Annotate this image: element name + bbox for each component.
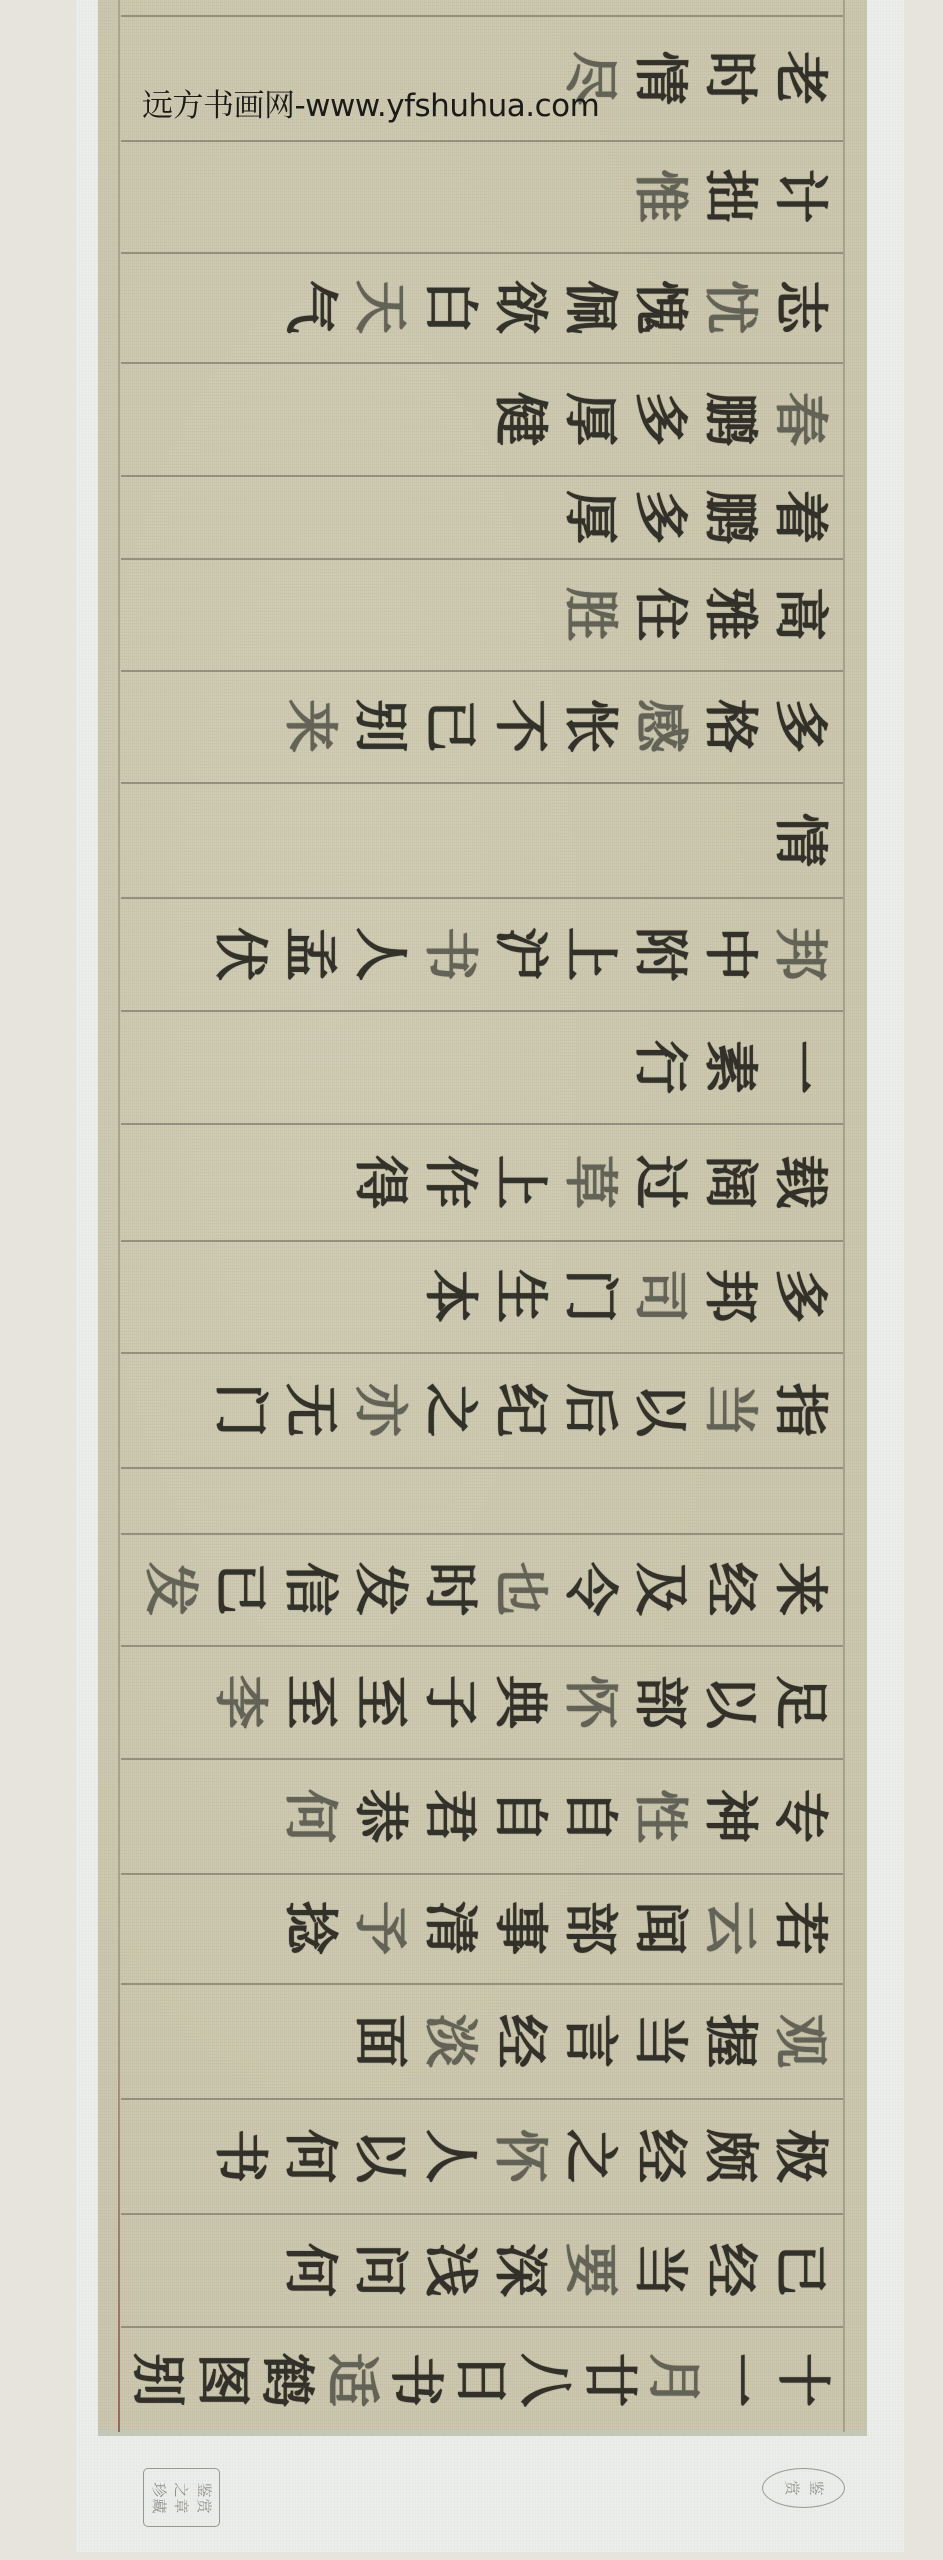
watermark-text: 远方书画网-www.yfshuhua.com bbox=[142, 80, 599, 125]
calligraphy-column: 情 bbox=[122, 782, 842, 897]
calligraphy-character: 拙 bbox=[701, 165, 761, 227]
calligraphy-character: 当 bbox=[631, 2239, 691, 2301]
calligraphy-character: 住 bbox=[631, 583, 691, 645]
calligraphy-column: 已经当要深浅问何 bbox=[122, 2213, 842, 2326]
calligraphy-character: 厚 bbox=[561, 388, 621, 450]
seal-character: 赏 bbox=[196, 2496, 212, 2516]
calligraphy-character: 面 bbox=[351, 2010, 411, 2072]
right-border-line bbox=[843, 0, 845, 2432]
calligraphy-character: 人 bbox=[351, 923, 411, 985]
calligraphy-character: 志 bbox=[771, 276, 831, 338]
calligraphy-character: 感 bbox=[631, 695, 691, 757]
calligraphy-character: 当 bbox=[631, 2010, 691, 2072]
calligraphy-character: 言 bbox=[561, 2010, 621, 2072]
calligraphy-column: 载阔过草上作得 bbox=[122, 1123, 842, 1240]
calligraphy-character: 格 bbox=[701, 695, 761, 757]
calligraphy-character: 云 bbox=[701, 1897, 761, 1959]
calligraphy-character: 高 bbox=[771, 583, 831, 645]
calligraphy-character: 别 bbox=[128, 2352, 188, 2409]
calligraphy-character: 一 bbox=[709, 2352, 769, 2409]
calligraphy-column: 观握当言经淡面 bbox=[122, 1983, 842, 2098]
calligraphy-character: 惟 bbox=[631, 165, 691, 227]
calligraphy-character: 上 bbox=[491, 1151, 551, 1213]
calligraphy-column: 邦中附上沪书人孟伏 bbox=[122, 897, 842, 1010]
seal-character: 章 bbox=[173, 2496, 189, 2516]
calligraphy-character: 十 bbox=[774, 2352, 834, 2409]
calligraphy-character: 春 bbox=[771, 388, 831, 450]
calligraphy-character: 事 bbox=[491, 1897, 551, 1959]
calligraphy-character: 愧 bbox=[631, 276, 691, 338]
calligraphy-character: 经 bbox=[631, 2125, 691, 2187]
calligraphy-character: 至 bbox=[351, 1671, 411, 1733]
calligraphy-character: 之 bbox=[421, 1379, 481, 1441]
calligraphy-character: 令 bbox=[561, 1558, 621, 1620]
calligraphy-column: 多邦司门生本 bbox=[122, 1240, 842, 1352]
calligraphy-character: 着 bbox=[771, 486, 831, 548]
calligraphy-column: 足以部怀典子至至李 bbox=[122, 1645, 842, 1758]
seal-column: 鉴赏 bbox=[194, 2482, 214, 2514]
calligraphy-character: 部 bbox=[631, 1671, 691, 1733]
calligraphy-character: 适 bbox=[322, 2352, 382, 2409]
calligraphy-character: 情 bbox=[771, 809, 831, 871]
calligraphy-character: 本 bbox=[421, 1265, 481, 1327]
calligraphy-character: 自 bbox=[561, 1785, 621, 1847]
calligraphy-character: 不 bbox=[491, 695, 551, 757]
calligraphy-character: 得 bbox=[351, 1151, 411, 1213]
calligraphy-character: 闻 bbox=[631, 1897, 691, 1959]
oval-seal-stamp: 鉴赏 bbox=[762, 2468, 845, 2508]
calligraphy-character: 载 bbox=[771, 1151, 831, 1213]
calligraphy-character: 天 bbox=[351, 276, 411, 338]
calligraphy-character: 要 bbox=[561, 2239, 621, 2301]
calligraphy-character: 捻 bbox=[281, 1897, 341, 1959]
calligraphy-character: 白 bbox=[421, 276, 481, 338]
calligraphy-character: 怀 bbox=[491, 2125, 551, 2187]
calligraphy-character: 子 bbox=[421, 1671, 481, 1733]
calligraphy-character: 以 bbox=[701, 1671, 761, 1733]
calligraphy-character: 颇 bbox=[701, 2125, 761, 2187]
calligraphy-character: 极 bbox=[771, 2125, 831, 2187]
calligraphy-character: 清 bbox=[421, 1897, 481, 1959]
calligraphy-character: 邦 bbox=[701, 1265, 761, 1327]
calligraphy-character: 书 bbox=[211, 2125, 271, 2187]
calligraphy-character: 雅 bbox=[701, 583, 761, 645]
calligraphy-character: 素 bbox=[701, 1036, 761, 1098]
calligraphy-character: 附 bbox=[631, 923, 691, 985]
calligraphy-character: 时 bbox=[701, 47, 761, 109]
calligraphy-character: 门 bbox=[211, 1379, 271, 1441]
calligraphy-character: 欲 bbox=[491, 276, 551, 338]
calligraphy-character: 已 bbox=[771, 2239, 831, 2301]
calligraphy-character: 厚 bbox=[561, 486, 621, 548]
calligraphy-character: 性 bbox=[631, 1785, 691, 1847]
calligraphy-character: 别 bbox=[351, 695, 411, 757]
calligraphy-character: 草 bbox=[561, 1151, 621, 1213]
calligraphy-character: 浅 bbox=[421, 2239, 481, 2301]
calligraphy-column: 一素行 bbox=[122, 1010, 842, 1123]
calligraphy-character: 胜 bbox=[561, 583, 621, 645]
calligraphy-character: 纪 bbox=[491, 1379, 551, 1441]
calligraphy-column bbox=[122, 1467, 842, 1533]
calligraphy-character: 也 bbox=[491, 1558, 551, 1620]
calligraphy-character: 典 bbox=[491, 1671, 551, 1733]
calligraphy-character: 自 bbox=[491, 1785, 551, 1847]
calligraphy-character: 书 bbox=[421, 923, 481, 985]
calligraphy-character: 淡 bbox=[421, 2010, 481, 2072]
seal-column: 鉴 bbox=[806, 2480, 826, 2496]
calligraphy-character: 中 bbox=[701, 923, 761, 985]
calligraphy-character: 怅 bbox=[561, 695, 621, 757]
seal-character: 赏 bbox=[784, 2478, 800, 2498]
calligraphy-column: 十一月廿八日书适鹤图别 bbox=[122, 2326, 842, 2434]
calligraphy-character: 鹤 bbox=[257, 2352, 317, 2409]
calligraphy-character: 健 bbox=[491, 388, 551, 450]
seal-character: 藏 bbox=[151, 2496, 167, 2516]
calligraphy-character: 以 bbox=[351, 2125, 411, 2187]
calligraphy-character: 月 bbox=[645, 2352, 705, 2409]
calligraphy-character: 李 bbox=[211, 1671, 271, 1733]
calligraphy-character: 孟 bbox=[281, 923, 341, 985]
calligraphy-character: 足 bbox=[771, 1671, 831, 1733]
calligraphy-character: 作 bbox=[421, 1151, 481, 1213]
calligraphy-column: 指当以后纪之亦无门 bbox=[122, 1352, 842, 1467]
calligraphy-character: 书 bbox=[386, 2352, 446, 2409]
calligraphy-character: 多 bbox=[771, 1265, 831, 1327]
calligraphy-character: 鹏 bbox=[701, 388, 761, 450]
calligraphy-column: 专神性自自君恭何 bbox=[122, 1758, 842, 1873]
calligraphy-character: 来 bbox=[281, 695, 341, 757]
calligraphy-character: 经 bbox=[491, 2010, 551, 2072]
calligraphy-character: 图 bbox=[193, 2352, 253, 2409]
square-seal-stamp: 鉴赏之章珍藏 bbox=[143, 2468, 220, 2527]
calligraphy-character: 沪 bbox=[491, 923, 551, 985]
calligraphy-character: 时 bbox=[421, 1558, 481, 1620]
calligraphy-character: 忧 bbox=[701, 276, 761, 338]
calligraphy-character: 亦 bbox=[351, 1379, 411, 1441]
calligraphy-character: 观 bbox=[771, 2010, 831, 2072]
seal-column: 赏 bbox=[782, 2480, 802, 2496]
calligraphy-character: 恭 bbox=[351, 1785, 411, 1847]
calligraphy-column: 若云闻部事清予捻 bbox=[122, 1873, 842, 1983]
calligraphy-character: 发 bbox=[351, 1558, 411, 1620]
calligraphy-character: 指 bbox=[771, 1379, 831, 1441]
calligraphy-character: 生 bbox=[491, 1265, 551, 1327]
calligraphy-column: 着鹏多厚 bbox=[122, 475, 842, 558]
seal-column: 珍藏 bbox=[149, 2482, 169, 2514]
calligraphy-character: 及 bbox=[631, 1558, 691, 1620]
calligraphy-character: 握 bbox=[701, 2010, 761, 2072]
calligraphy-character: 邦 bbox=[771, 923, 831, 985]
calligraphy-character: 过 bbox=[631, 1151, 691, 1213]
calligraphy-character: 予 bbox=[351, 1897, 411, 1959]
calligraphy-character: 佩 bbox=[561, 276, 621, 338]
calligraphy-character: 何 bbox=[281, 1785, 341, 1847]
calligraphy-character: 深 bbox=[491, 2239, 551, 2301]
seal-column: 之章 bbox=[171, 2482, 191, 2514]
calligraphy-character: 当 bbox=[701, 1379, 761, 1441]
calligraphy-character: 行 bbox=[631, 1036, 691, 1098]
calligraphy-character: 神 bbox=[701, 1785, 761, 1847]
calligraphy-character: 信 bbox=[281, 1558, 341, 1620]
calligraphy-column: 多格感怅不已别来 bbox=[122, 670, 842, 782]
calligraphy-character: 计 bbox=[771, 165, 831, 227]
calligraphy-character: 专 bbox=[771, 1785, 831, 1847]
calligraphy-character: 何 bbox=[281, 2239, 341, 2301]
calligraphy-character: 多 bbox=[631, 486, 691, 548]
calligraphy-character: 怀 bbox=[561, 1671, 621, 1733]
calligraphy-character: 多 bbox=[771, 695, 831, 757]
left-border-line bbox=[118, 0, 120, 2432]
calligraphy-character: 八 bbox=[516, 2352, 576, 2409]
calligraphy-column: 志忧愧佩欲白天气 bbox=[122, 252, 842, 362]
calligraphy-character: 来 bbox=[771, 1558, 831, 1620]
calligraphy-column: 高雅住胜 bbox=[122, 558, 842, 670]
calligraphy-character: 廿 bbox=[580, 2352, 640, 2409]
calligraphy-character: 上 bbox=[561, 923, 621, 985]
calligraphy-column: 极颇经之怀人以何书 bbox=[122, 2098, 842, 2213]
calligraphy-character: 经 bbox=[701, 1558, 761, 1620]
calligraphy-character: 日 bbox=[451, 2352, 511, 2409]
calligraphy-column: 计拙惟 bbox=[122, 140, 842, 252]
calligraphy-character: 至 bbox=[281, 1671, 341, 1733]
calligraphy-character: 气 bbox=[281, 276, 341, 338]
calligraphy-character: 发 bbox=[141, 1558, 201, 1620]
calligraphy-character: 多 bbox=[631, 388, 691, 450]
calligraphy-character: 后 bbox=[561, 1379, 621, 1441]
calligraphy-character: 以 bbox=[631, 1379, 691, 1441]
calligraphy-column: 来经及令也时发信已发 bbox=[122, 1533, 842, 1645]
calligraphy-character: 门 bbox=[561, 1265, 621, 1327]
calligraphy-character: 之 bbox=[561, 2125, 621, 2187]
calligraphy-character: 老 bbox=[771, 47, 831, 109]
calligraphy-character: 经 bbox=[701, 2239, 761, 2301]
calligraphy-character: 人 bbox=[421, 2125, 481, 2187]
calligraphy-character: 鹏 bbox=[701, 486, 761, 548]
calligraphy-character: 已 bbox=[211, 1558, 271, 1620]
calligraphy-character: 伏 bbox=[211, 923, 271, 985]
calligraphy-character: 何 bbox=[281, 2125, 341, 2187]
calligraphy-character: 问 bbox=[351, 2239, 411, 2301]
calligraphy-character: 已 bbox=[421, 695, 481, 757]
calligraphy-character: 君 bbox=[421, 1785, 481, 1847]
calligraphy-character: 阔 bbox=[701, 1151, 761, 1213]
calligraphy-character: 情 bbox=[631, 47, 691, 109]
calligraphy-character: 若 bbox=[771, 1897, 831, 1959]
calligraphy-character: 一 bbox=[771, 1036, 831, 1098]
seal-character: 鉴 bbox=[808, 2478, 824, 2498]
calligraphy-character: 司 bbox=[631, 1265, 691, 1327]
calligraphy-character: 部 bbox=[561, 1897, 621, 1959]
calligraphy-character: 无 bbox=[281, 1379, 341, 1441]
calligraphy-column: 春鹏多厚健 bbox=[122, 362, 842, 475]
